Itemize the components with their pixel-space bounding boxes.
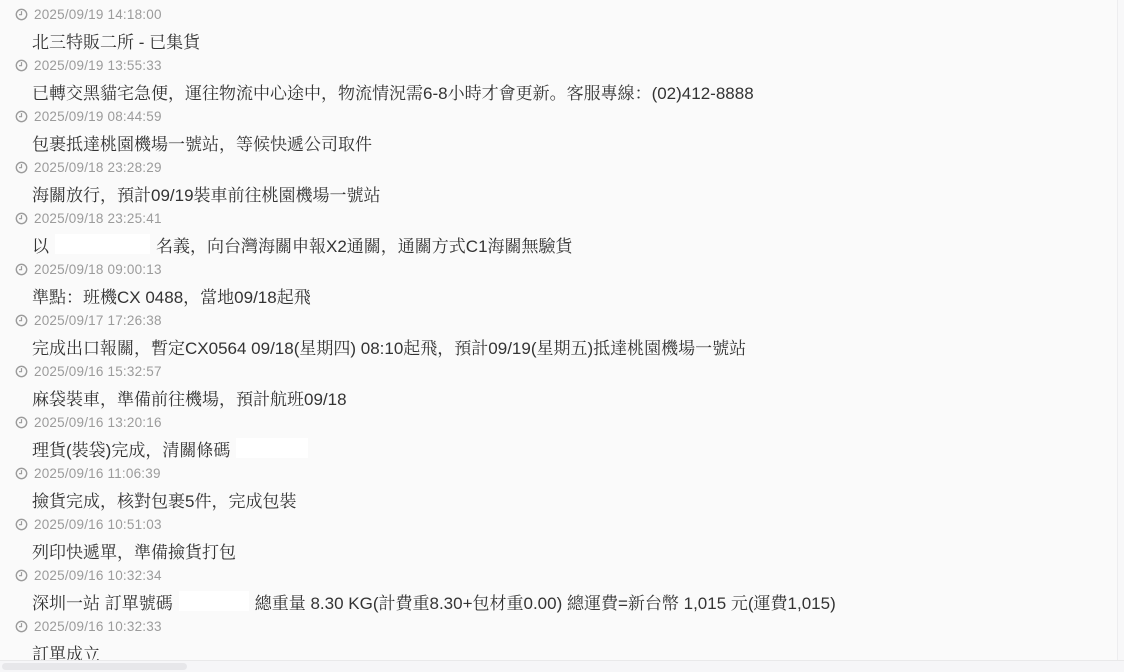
timeline-entry: 2025/09/16 10:51:03 列印快遞單，準備撿貨打包 <box>15 512 1124 563</box>
entry-time-row: 2025/09/18 23:25:41 <box>15 206 1124 232</box>
clock-icon <box>15 110 28 123</box>
entry-timestamp: 2025/09/19 13:55:33 <box>34 58 162 73</box>
entry-description: 深圳一站 訂單號碼總重量 8.30 KG(計費重8.30+包材重0.00) 總運… <box>32 589 1124 615</box>
entry-time-row: 2025/09/16 11:06:39 <box>15 461 1124 487</box>
timeline-entry: 2025/09/16 10:32:33 訂單成立 <box>15 614 1124 665</box>
entry-text: 總重量 8.30 KG(計費重8.30+包材重0.00) 總運費=新台幣 1,0… <box>255 589 836 614</box>
entry-description: 海關放行，預計09/19裝車前往桃園機場一號站 <box>32 181 1124 207</box>
timeline-entry: 2025/09/16 13:20:16 理貨(裝袋)完成，清關條碼 <box>15 410 1124 461</box>
entry-description: 準點：班機CX 0488，當地09/18起飛 <box>32 283 1124 309</box>
entry-description: 完成出口報關，暫定CX0564 09/18(星期四) 08:10起飛，預計09/… <box>32 334 1124 360</box>
redacted-text <box>236 438 308 458</box>
entry-time-row: 2025/09/19 08:44:59 <box>15 104 1124 130</box>
redacted-text <box>179 591 249 611</box>
timeline-entry: 2025/09/18 23:25:41 以名義，向台灣海關申報X2通關，通關方式… <box>15 206 1124 257</box>
clock-icon <box>15 365 28 378</box>
entry-text: 麻袋裝車，準備前往機場，預計航班09/18 <box>32 385 347 410</box>
entry-time-row: 2025/09/16 15:32:57 <box>15 359 1124 385</box>
clock-icon <box>15 59 28 72</box>
timeline-entry: 2025/09/19 13:55:33 已轉交黑貓宅急便，運往物流中心途中，物流… <box>15 53 1124 104</box>
timeline-entry: 2025/09/19 14:18:00 北三特販二所 - 已集貨 <box>15 2 1124 53</box>
clock-icon <box>15 467 28 480</box>
entry-text: 北三特販二所 - 已集貨 <box>32 28 200 53</box>
entry-timestamp: 2025/09/17 17:26:38 <box>34 313 162 328</box>
clock-icon <box>15 620 28 633</box>
entry-description: 北三特販二所 - 已集貨 <box>32 28 1124 54</box>
entry-timestamp: 2025/09/16 10:51:03 <box>34 517 162 532</box>
entry-text: 完成出口報關，暫定CX0564 09/18(星期四) 08:10起飛，預計09/… <box>32 334 746 359</box>
entry-timestamp: 2025/09/18 23:25:41 <box>34 211 162 226</box>
timeline-entry: 2025/09/18 09:00:13 準點：班機CX 0488，當地09/18… <box>15 257 1124 308</box>
horizontal-scrollbar[interactable] <box>0 660 1124 672</box>
entry-text: 列印快遞單，準備撿貨打包 <box>32 538 236 563</box>
entry-timestamp: 2025/09/16 11:06:39 <box>34 466 161 481</box>
tracking-page: { "page": { "background_color": "#fafafa… <box>0 0 1124 672</box>
entry-time-row: 2025/09/16 10:32:33 <box>15 614 1124 640</box>
redacted-text <box>55 234 150 254</box>
timeline-entry: 2025/09/16 11:06:39 撿貨完成，核對包裹5件，完成包裝 <box>15 461 1124 512</box>
entry-time-row: 2025/09/16 13:20:16 <box>15 410 1124 436</box>
horizontal-scrollbar-thumb[interactable] <box>2 663 187 670</box>
entry-text: 撿貨完成，核對包裹5件，完成包裝 <box>32 487 296 512</box>
clock-icon <box>15 569 28 582</box>
entry-time-row: 2025/09/18 23:28:29 <box>15 155 1124 181</box>
entry-text: 海關放行，預計09/19裝車前往桃園機場一號站 <box>32 181 381 206</box>
entry-time-row: 2025/09/19 13:55:33 <box>15 53 1124 79</box>
entry-description: 包裹抵達桃園機場一號站，等候快遞公司取件 <box>32 130 1124 156</box>
entry-description: 已轉交黑貓宅急便，運往物流中心途中，物流情況需6-8小時才會更新。客服專線：(0… <box>32 79 1124 105</box>
entry-text: 已轉交黑貓宅急便，運往物流中心途中，物流情況需6-8小時才會更新。客服專線：(0… <box>32 79 754 104</box>
entry-time-row: 2025/09/16 10:51:03 <box>15 512 1124 538</box>
entry-timestamp: 2025/09/16 10:32:33 <box>34 619 162 634</box>
vertical-scrollbar[interactable] <box>1117 0 1124 660</box>
clock-icon <box>15 416 28 429</box>
entry-timestamp: 2025/09/16 10:32:34 <box>34 568 162 583</box>
entry-timestamp: 2025/09/19 14:18:00 <box>34 7 162 22</box>
entry-description: 列印快遞單，準備撿貨打包 <box>32 538 1124 564</box>
timeline-entry: 2025/09/16 10:32:34 深圳一站 訂單號碼總重量 8.30 KG… <box>15 563 1124 614</box>
entry-text: 以 <box>32 232 49 257</box>
entry-text: 深圳一站 訂單號碼 <box>32 589 173 614</box>
clock-icon <box>15 263 28 276</box>
entry-timestamp: 2025/09/16 13:20:16 <box>34 415 162 430</box>
entry-text: 理貨(裝袋)完成，清關條碼 <box>32 436 230 461</box>
clock-icon <box>15 314 28 327</box>
timeline-entry: 2025/09/17 17:26:38 完成出口報關，暫定CX0564 09/1… <box>15 308 1124 359</box>
entry-description: 撿貨完成，核對包裹5件，完成包裝 <box>32 487 1124 513</box>
entry-text: 名義，向台灣海關申報X2通關，通關方式C1海關無驗貨 <box>156 232 573 257</box>
entry-timestamp: 2025/09/16 15:32:57 <box>34 364 162 379</box>
timeline-entry: 2025/09/16 15:32:57 麻袋裝車，準備前往機場，預計航班09/1… <box>15 359 1124 410</box>
clock-icon <box>15 161 28 174</box>
entry-timestamp: 2025/09/18 23:28:29 <box>34 160 162 175</box>
entry-description: 理貨(裝袋)完成，清關條碼 <box>32 436 1124 462</box>
timeline-entry: 2025/09/19 08:44:59 包裹抵達桃園機場一號站，等候快遞公司取件 <box>15 104 1124 155</box>
entry-description: 麻袋裝車，準備前往機場，預計航班09/18 <box>32 385 1124 411</box>
entry-time-row: 2025/09/18 09:00:13 <box>15 257 1124 283</box>
timeline-entry: 2025/09/18 23:28:29 海關放行，預計09/19裝車前往桃園機場… <box>15 155 1124 206</box>
tracking-timeline: 2025/09/19 14:18:00 北三特販二所 - 已集貨 2025/09… <box>0 0 1124 665</box>
entry-timestamp: 2025/09/18 09:00:13 <box>34 262 162 277</box>
entry-text: 準點：班機CX 0488，當地09/18起飛 <box>32 283 311 308</box>
entry-text: 包裹抵達桃園機場一號站，等候快遞公司取件 <box>32 130 372 155</box>
entry-timestamp: 2025/09/19 08:44:59 <box>34 109 162 124</box>
clock-icon <box>15 518 28 531</box>
clock-icon <box>15 8 28 21</box>
entry-time-row: 2025/09/17 17:26:38 <box>15 308 1124 334</box>
entry-description: 以名義，向台灣海關申報X2通關，通關方式C1海關無驗貨 <box>32 232 1124 258</box>
entry-time-row: 2025/09/16 10:32:34 <box>15 563 1124 589</box>
entry-time-row: 2025/09/19 14:18:00 <box>15 2 1124 28</box>
clock-icon <box>15 212 28 225</box>
